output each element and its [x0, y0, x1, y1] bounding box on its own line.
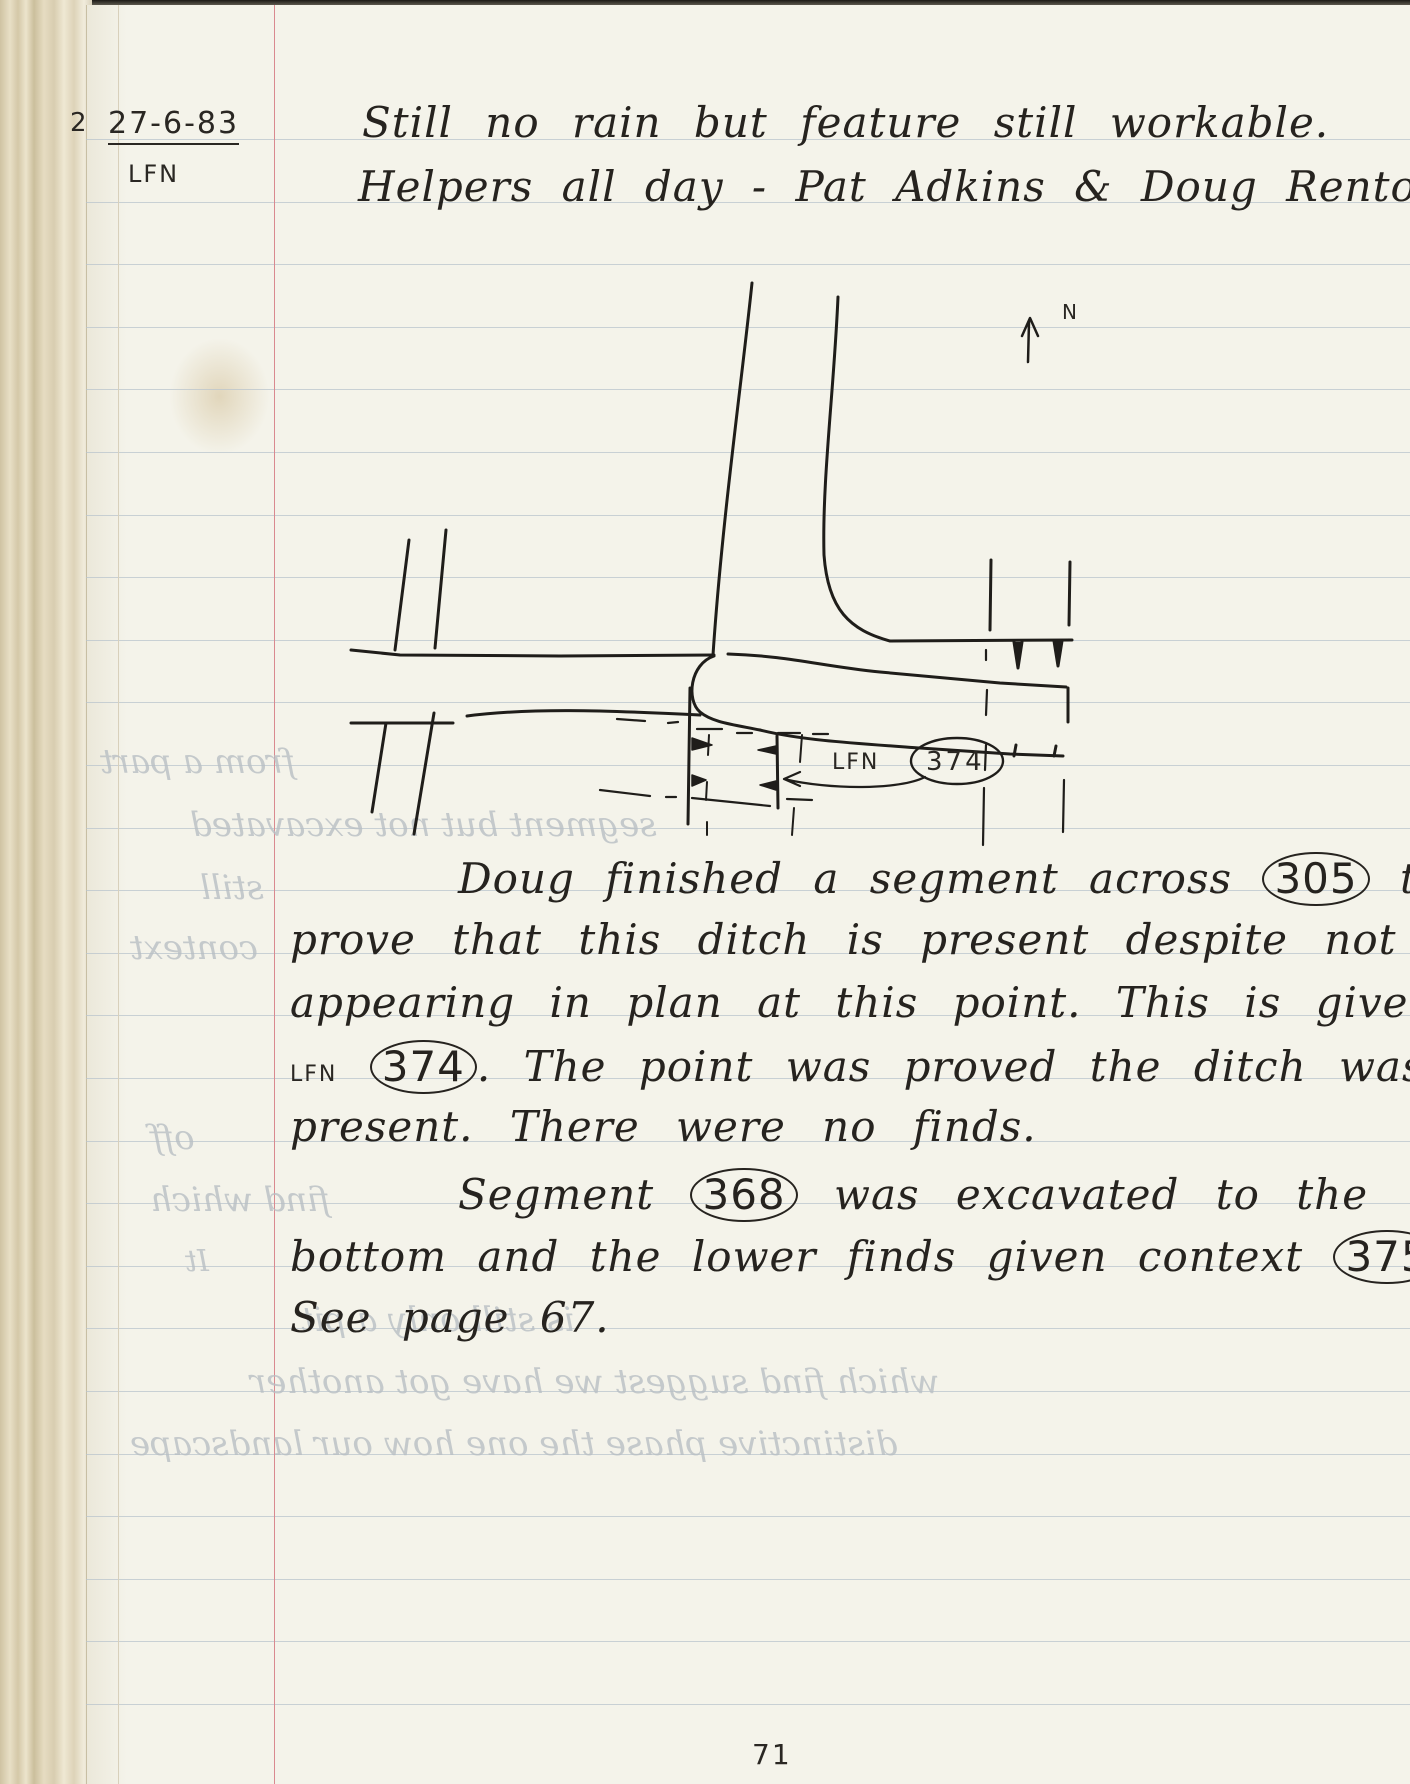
sketch-callout-prefix: LFN — [832, 750, 879, 775]
sketch-callout-number: 374 — [926, 747, 985, 777]
context-number-circled: 305 — [1262, 852, 1369, 906]
body-line: appearing in plan at this point. This is… — [290, 978, 1410, 1027]
body-text: was excavated to the — [834, 1170, 1368, 1219]
body-line: bottom and the lower finds given context… — [290, 1230, 1410, 1284]
body-text: Segment — [458, 1170, 654, 1219]
body-text: to — [1400, 854, 1410, 903]
context-number-circled: 374 — [370, 1040, 477, 1094]
body-line: See page 67. — [290, 1293, 610, 1342]
body-line: present. There were no finds. — [290, 1102, 1037, 1151]
body-text: bottom and the lower finds given context — [290, 1232, 1303, 1281]
context-number-circled: 368 — [690, 1168, 797, 1222]
body-line: Doug finished a segment across 305 to — [458, 852, 1410, 906]
page-number: 71 — [752, 1738, 792, 1771]
body-text: Doug finished a segment across — [458, 854, 1232, 903]
north-label: N — [1062, 300, 1079, 324]
body-line: LFN 374. The point was proved the ditch … — [290, 1040, 1410, 1094]
body-line: prove that this ditch is present despite… — [290, 915, 1397, 964]
site-code-inline: LFN — [290, 1062, 337, 1087]
context-number-circled: 375 — [1333, 1230, 1410, 1284]
body-text: . The point was proved the ditch was — [477, 1042, 1410, 1091]
body-line: Segment 368 was excavated to the — [458, 1168, 1368, 1222]
